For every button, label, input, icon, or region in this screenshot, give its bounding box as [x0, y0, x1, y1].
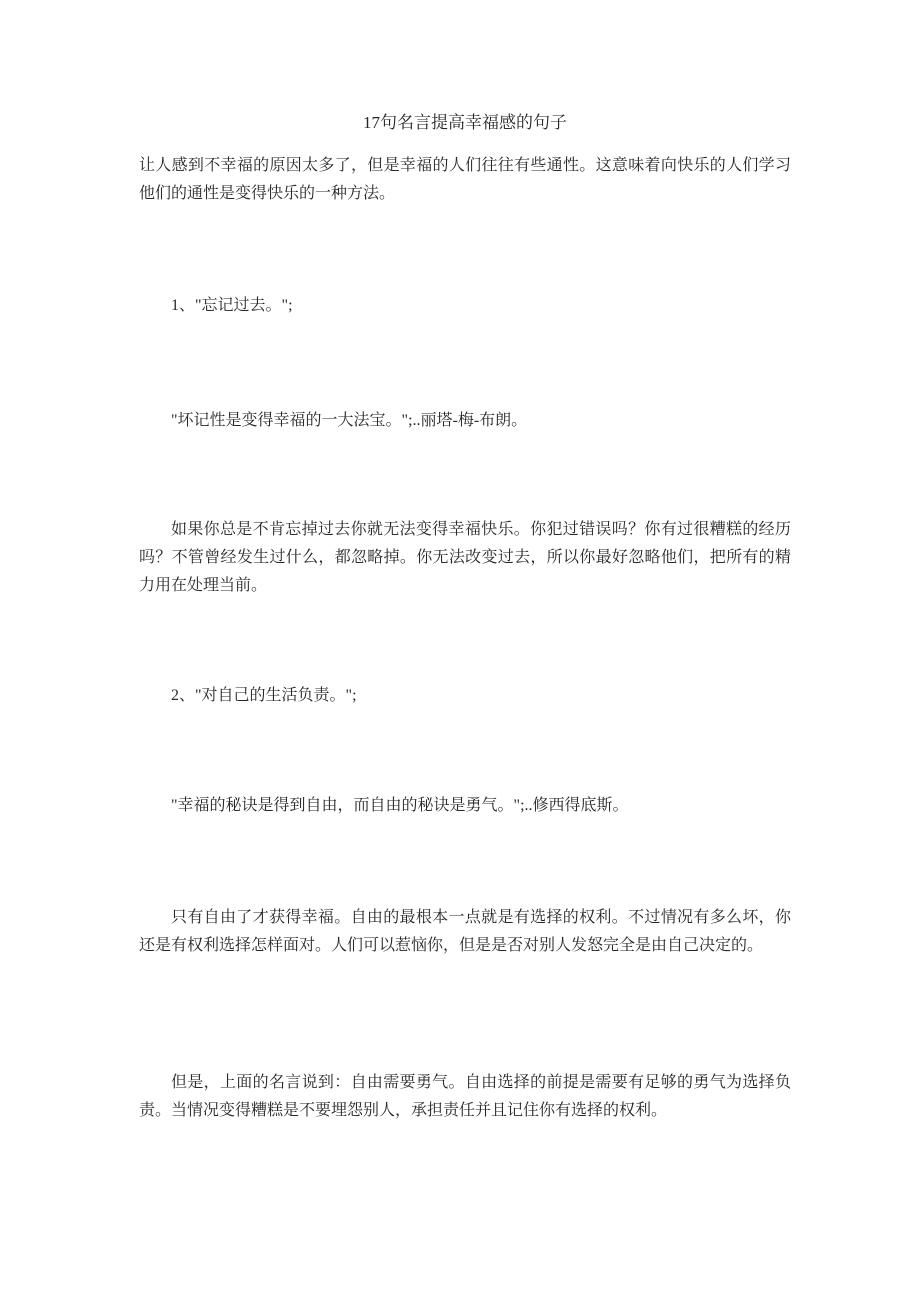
- document-page: 17句名言提高幸福感的句子 让人感到不幸福的原因太多了，但是幸福的人们往往有些通…: [0, 0, 920, 1302]
- quote-paragraph-2: "幸福的秘诀是得到自由，而自由的秘诀是勇气。";..修西得底斯。: [139, 792, 791, 820]
- numbered-item-2: 2、"对自己的生活负责。";: [139, 682, 791, 710]
- numbered-item-1: 1、"忘记过去。";: [139, 292, 791, 320]
- document-title: 17句名言提高幸福感的句子: [139, 109, 791, 137]
- quote-paragraph-1: "坏记性是变得幸福的一大法宝。";..丽塔-梅-布朗。: [139, 407, 791, 435]
- body-paragraph-3: 但是，上面的名言说到：自由需要勇气。自由选择的前提是需要有足够的勇气为选择负责。…: [139, 1069, 791, 1125]
- body-paragraph-2: 只有自由了才获得幸福。自由的最根本一点就是有选择的权利。不过情况有多么坏，你还是…: [139, 904, 791, 960]
- intro-paragraph: 让人感到不幸福的原因太多了，但是幸福的人们往往有些通性。这意味着向快乐的人们学习…: [139, 152, 791, 208]
- body-paragraph-1: 如果你总是不肯忘掉过去你就无法变得幸福快乐。你犯过错误吗？你有过很糟糕的经历吗？…: [139, 516, 791, 600]
